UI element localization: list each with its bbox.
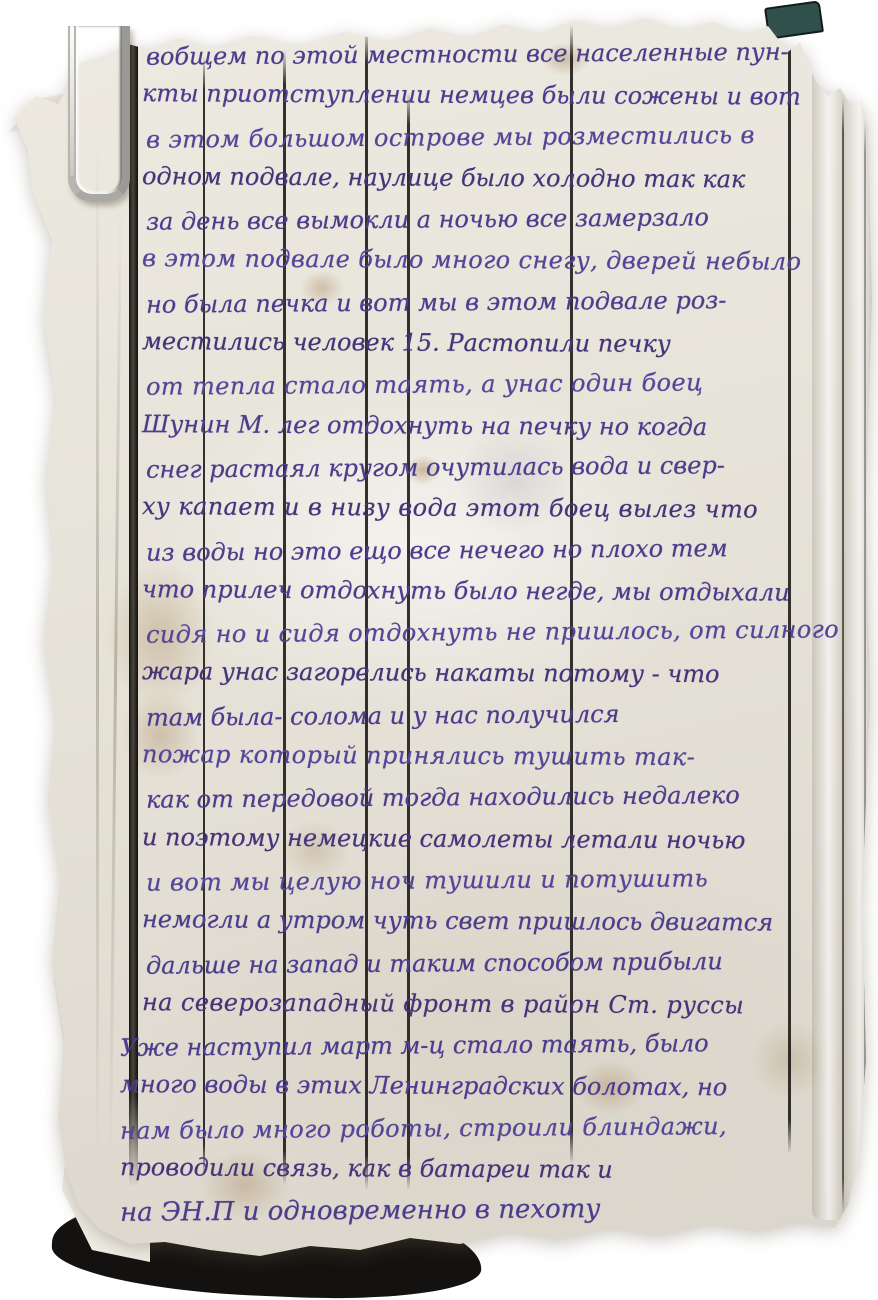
paper-crease [109,200,122,1160]
manuscript-line: за день все вымокли а ночью все замерзал… [146,196,842,243]
manuscript-line: сидя но и сидя отдохнуть не пришлось, от… [146,609,842,656]
manuscript-line: ху капает и в низу вода этот боец вылез … [142,486,842,531]
manuscript-line: от тепла стало таять, а унас один боец [146,362,842,409]
manuscript-line: дальше на запад и таким способом прибыли [146,940,842,987]
manuscript-line: и поэтому немецкие самолеты летали ночью [142,817,842,862]
paper-crease [96,140,99,1160]
manuscript-line: пожар который принялись тушить так- [142,734,842,779]
manuscript-line: вобщем по этой местности все населенные … [146,31,842,78]
manuscript-line: в этом большом острове мы розместились в [146,114,842,161]
manuscript-line: жара унас загорелись накаты потому - что [142,652,842,697]
manuscript-line: но была печка и вот мы в этом подвале ро… [146,279,842,326]
manuscript-line: одном подвале, наулице было холодно так … [142,156,842,201]
manuscript-line: из воды но это ещо все нечего но плохо т… [146,527,842,574]
manuscript-line: там была- солома и у нас получился [146,692,842,739]
manuscript-line: что прилеч отдохнуть было негде, мы отды… [142,569,842,614]
manuscript-line: на ЭН.П и одновременно в пехоту [120,1187,842,1234]
paper-clip-icon [68,26,130,202]
manuscript-page-wrap: вобщем по этой местности все населенные … [0,0,878,1300]
manuscript-line: Уже наступил март м-ц стало таять, было [120,1022,842,1069]
manuscript-page: вобщем по этой местности все населенные … [0,0,878,1300]
manuscript-line: на северозападный фронт в район Ст. русс… [142,982,842,1027]
manuscript-line: нам было много роботы, строили блиндажи, [120,1105,842,1152]
manuscript-line: местились человек 15. Растопили печку [142,321,842,366]
manuscript-line: Шунин М. лег отдохнуть на печку но когда [142,404,842,449]
manuscript-line: кты приотступлении немцев были сожены и … [142,73,842,118]
manuscript-line: немогли а утром чуть свет пришлось двига… [142,899,842,944]
manuscript-photo: вобщем по этой местности все населенные … [0,0,878,1300]
manuscript-line: и вот мы целую ноч тушили и потушить [146,857,842,904]
manuscript-line: много воды в этих Ленинградских болотах,… [120,1065,842,1110]
manuscript-line: проводили связь, как в батареи так и [120,1147,842,1192]
margin-rule-thick [129,42,138,1187]
manuscript-line: снег растаял кругом очутилась вода и све… [146,444,842,491]
manuscript-line: как от передовой тогда находились недале… [146,775,842,822]
handwritten-text: вобщем по этой местности все населенные … [142,34,842,1232]
manuscript-line: в этом подвале было много снегу, дверей … [142,239,842,284]
